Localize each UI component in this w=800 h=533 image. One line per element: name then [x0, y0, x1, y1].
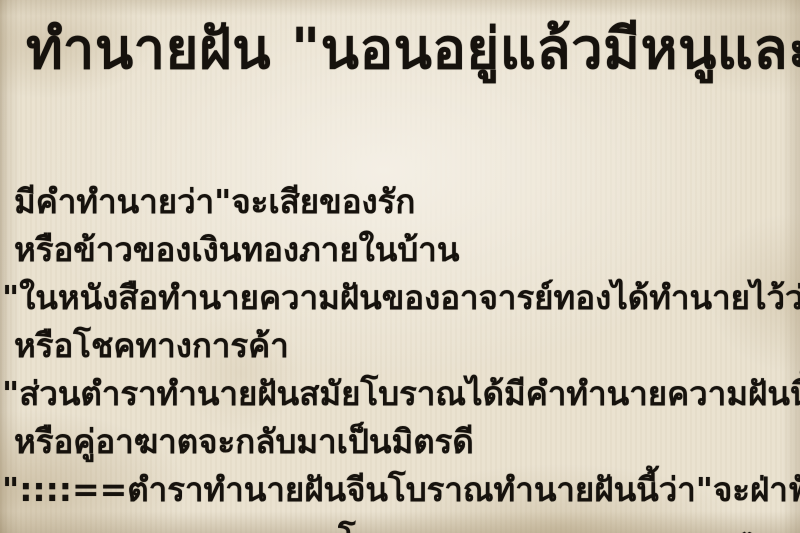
page-title: ทำนายฝัน "นอนอยู่แล้วมีหนูและลูกหนูจำน: [26, 14, 800, 86]
body-line: มีคำทำนายว่า"จะเสียของรัก: [14, 180, 415, 224]
body-line: หรือโชคทางการค้า: [14, 324, 289, 368]
clipped-line-fragment: ่โ: [338, 518, 356, 533]
body-line: "::::==ตำราทำนายฝันจีนโบราณทำนายฝันนี้ว่…: [2, 468, 800, 512]
body-line: หรือข้าวของเงินทองภายในบ้าน: [14, 228, 459, 272]
body-line: หรือคู่อาฆาตจะกลับมาเป็นมิตรดี: [14, 420, 474, 464]
clipped-line-fragment: ๆ: [738, 518, 756, 533]
body-line: "ในหนังสือทำนายความฝันของอาจารย์ทองได้ทำ…: [2, 276, 800, 320]
dream-interpretation-page: ทำนายฝัน "นอนอยู่แล้วมีหนูและลูกหนูจำน ม…: [0, 0, 800, 533]
body-line: "ส่วนตำราทำนายฝันสมัยโบราณได้มีคำทำนายคว…: [2, 372, 800, 416]
